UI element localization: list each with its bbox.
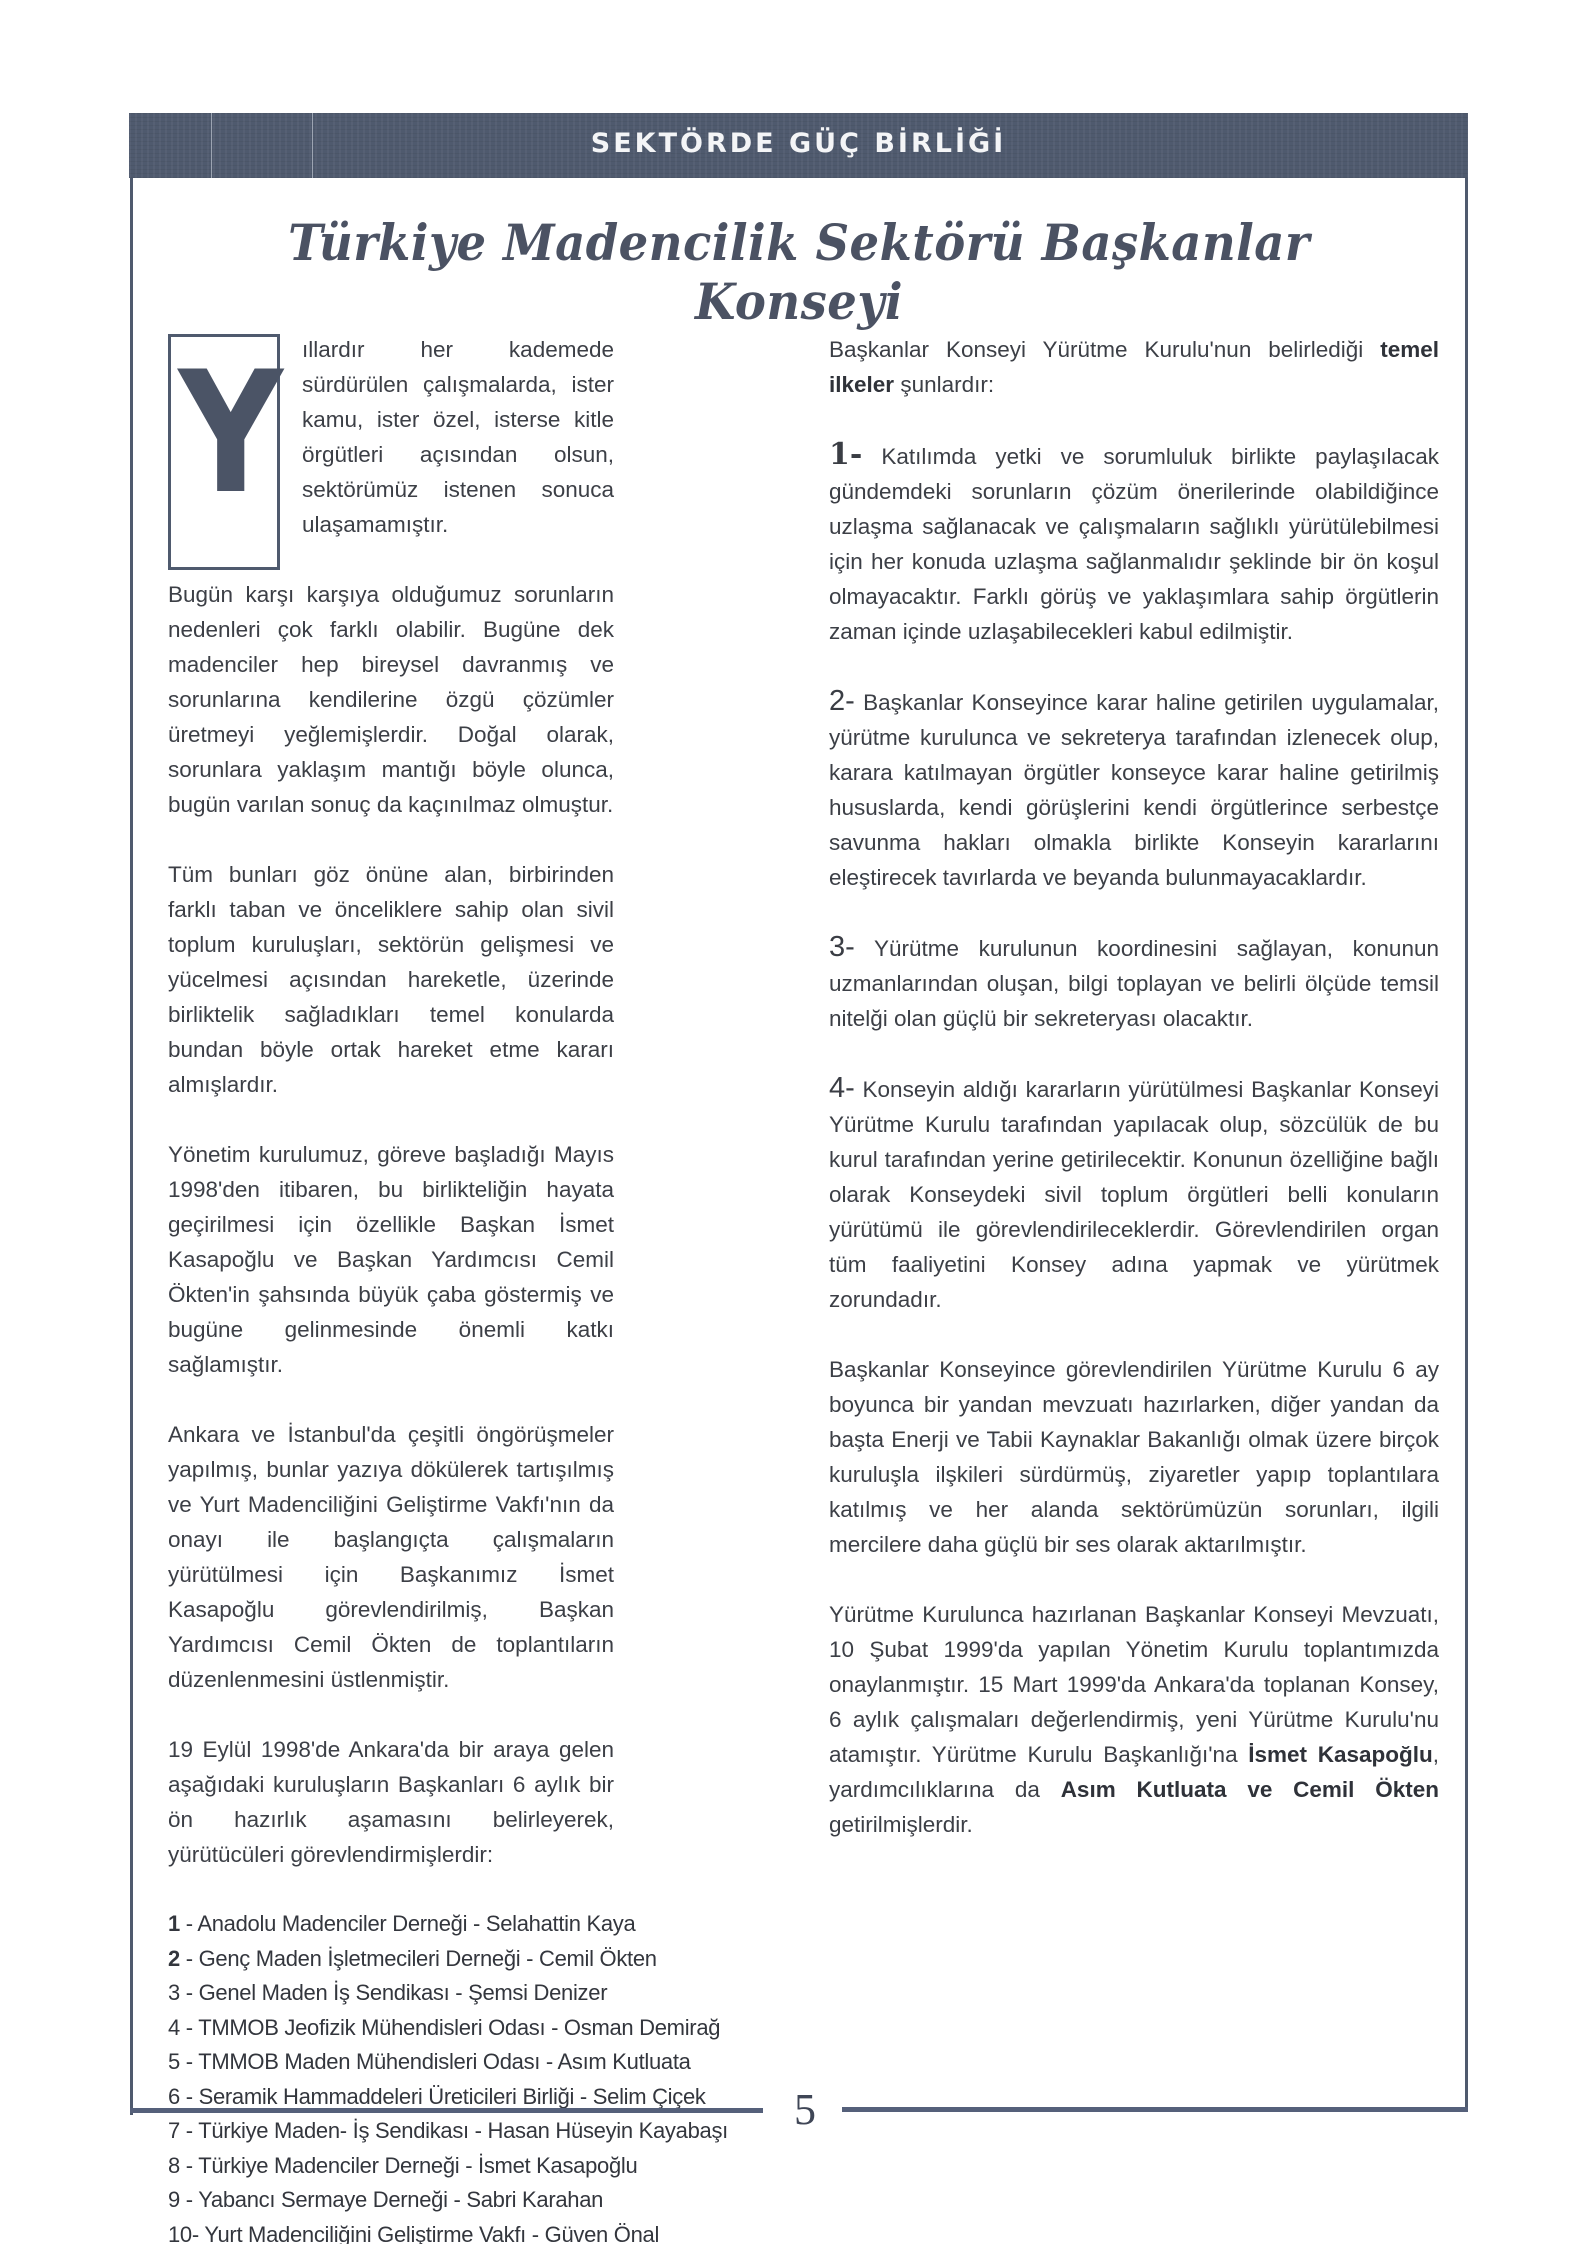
list-item-text: - Seramik Hammaddeleri Üreticileri Birli… [180,2084,706,2109]
principle-number: 3- [829,931,855,963]
paragraph-principles-intro: Başkanlar Konseyi Yürütme Kurulu'nun bel… [829,332,1439,402]
appointments-text: getirilmişlerdir. [829,1812,973,1837]
list-item: 7 - Türkiye Maden- İş Sendikası - Hasan … [168,2114,614,2149]
frame-left-border [130,178,133,2115]
list-item-text: - Anadolu Madenciler Derneği - Selahatti… [180,1911,636,1936]
paragraph-board-effort: Yönetim kurulumuz, göreve başladığı Mayı… [168,1137,614,1382]
paragraph-sept-meeting: 19 Eylül 1998'de Ankara'da bir araya gel… [168,1732,614,1872]
drop-cap-letter: Y [178,349,269,517]
frame-right-border [1465,178,1468,2112]
list-item-text: - Yabancı Sermaye Derneği - Sabri Karaha… [180,2187,603,2212]
section-label: SEKTÖRDE GÜÇ BİRLİĞİ [129,128,1468,159]
list-item-number: 8 [168,2153,180,2178]
paragraph-executive-work: Başkanlar Konseyince görevlendirilen Yür… [829,1352,1439,1562]
principle-text: Yürütme kurulunun koordinesini sağlayan,… [829,936,1439,1031]
list-item-text: - Yurt Madenciliğini Geliştirme Vakfı - … [192,2222,659,2244]
list-item-text: - TMMOB Jeofizik Mühendisleri Odası - Os… [180,2015,720,2040]
list-item-text: - Genç Maden İşletmecileri Derneği - Cem… [180,1946,657,1971]
list-item: 9 - Yabancı Sermaye Derneği - Sabri Kara… [168,2183,614,2218]
organization-list: 1 - Anadolu Madenciler Derneği - Selahat… [168,1907,614,2244]
list-item-number: 1 [168,1911,180,1936]
list-item: 4 - TMMOB Jeofizik Mühendisleri Odası - … [168,2011,614,2046]
paragraph-meetings: Ankara ve İstanbul'da çeşitli öngörüşmel… [168,1417,614,1697]
list-item: 5 - TMMOB Maden Mühendisleri Odası - Ası… [168,2045,614,2080]
list-item-number: 4 [168,2015,180,2040]
paragraph-appointments: Yürütme Kurulunca hazırlanan Başkanlar K… [829,1597,1439,1842]
principle-text: Başkanlar Konseyince karar haline getiri… [829,690,1439,890]
list-item-number: 2 [168,1946,180,1971]
intro-text: Başkanlar Konseyi Yürütme Kurulu'nun bel… [829,337,1380,362]
right-column: Başkanlar Konseyi Yürütme Kurulu'nun bel… [829,332,1439,1842]
list-item: 2 - Genç Maden İşletmecileri Derneği - C… [168,1942,614,1977]
list-item-number: 10 [168,2222,192,2244]
list-item-number: 9 [168,2187,180,2212]
list-item-text: - Türkiye Maden- İş Sendikası - Hasan Hü… [180,2118,728,2143]
principle-item: 1- Katılımda yetki ve sorumluluk birlikt… [829,437,1439,649]
paragraph-unity-decision: Tüm bunları göz önüne alan, birbirinden … [168,857,614,1102]
article-title: Türkiye Madencilik Sektörü Başkanlar Kon… [180,213,1419,331]
list-item: 8 - Türkiye Madenciler Derneği - İsmet K… [168,2149,614,2184]
paragraph-causes: Bugün karşı karşıya olduğumuz sorunların… [168,577,614,822]
footer-rule-right [842,2107,1468,2112]
principle-number: 2- [829,685,855,717]
principle-number: 1- [829,437,862,472]
section-header-band: SEKTÖRDE GÜÇ BİRLİĞİ [129,113,1468,178]
footer-rule-left [130,2108,763,2113]
intro-text-end: şunlardır: [894,372,994,397]
principle-item: 4- Konseyin aldığı kararların yürütülmes… [829,1071,1439,1317]
magazine-page: SEKTÖRDE GÜÇ BİRLİĞİ Türkiye Madencilik … [0,0,1574,2244]
list-item-text: - Türkiye Madenciler Derneği - İsmet Kas… [180,2153,637,2178]
principle-item: 2- Başkanlar Konseyince karar haline get… [829,684,1439,895]
list-item-number: 7 [168,2118,180,2143]
principle-item: 3- Yürütme kurulunun koordinesini sağlay… [829,930,1439,1036]
list-item-number: 5 [168,2049,180,2074]
drop-cap-box: Y [168,334,280,570]
list-item-text: - TMMOB Maden Mühendisleri Odası - Asım … [180,2049,691,2074]
left-column: Y ıllardır her kademede sürdürülen çalış… [168,332,614,2244]
page-number: 5 [790,2088,820,2132]
list-item-number: 3 [168,1980,180,2005]
principle-number: 4- [829,1072,855,1104]
list-item-number: 6 [168,2084,180,2109]
list-item: 1 - Anadolu Madenciler Derneği - Selahat… [168,1907,614,1942]
list-item-text: - Genel Maden İş Sendikası - Şemsi Deniz… [180,1980,607,2005]
principle-text: Konseyin aldığı kararların yürütülmesi B… [829,1077,1439,1312]
list-item: 10- Yurt Madenciliğini Geliştirme Vakfı … [168,2218,614,2244]
appointee-deputies: Asım Kutluata ve Cemil Ökten [1061,1777,1439,1802]
appointee-chair: İsmet Kasapoğlu [1248,1742,1432,1767]
principle-text: Katılımda yetki ve sorumluluk birlikte p… [829,444,1439,644]
list-item: 3 - Genel Maden İş Sendikası - Şemsi Den… [168,1976,614,2011]
